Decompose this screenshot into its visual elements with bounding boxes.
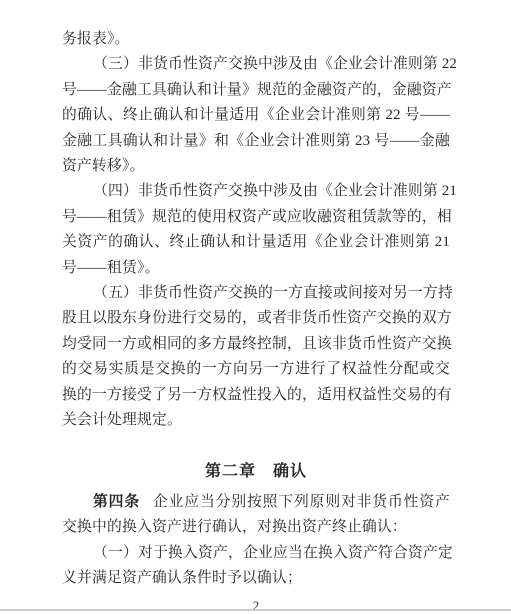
body-text-line: 关会计处理规定。 <box>62 408 450 433</box>
document-page: 务报表》。 （三）非货币性资产交换中涉及由《企业会计准则第 22 号——金融工具… <box>0 0 511 614</box>
article-opening-text: 企业应当分别按照下列原则对非货币性资产 <box>140 494 450 510</box>
body-text-line: 务报表》。 <box>62 27 450 52</box>
body-text-line: 号——租赁》规范的使用权资产或应收融资租赁款等的，相 <box>62 205 450 230</box>
body-text-line: 关资产的确认、终止确认和计量适用《企业会计准则第 21 <box>62 230 450 255</box>
body-text-line: 股且以股东身份进行交易的，或者非货币性资产交换的双方 <box>62 306 450 331</box>
body-text-line: 金融工具确认和计量》和《企业会计准则第 23 号——金融 <box>62 129 450 154</box>
body-text-line: 的确认、终止确认和计量适用《企业会计准则第 22 号—— <box>62 103 450 128</box>
body-text-line: 资产转移》。 <box>62 154 450 179</box>
body-text-line: （五）非货币性资产交换的一方直接或间接对另一方持 <box>62 281 450 306</box>
body-text-line: 换的一方接受了另一方权益性投入的，适用权益性交易的有 <box>62 383 450 408</box>
chapter-heading: 第二章 确认 <box>62 459 450 484</box>
body-text-line: 义并满足资产确认条件时予以确认； <box>62 566 450 591</box>
document-content: 务报表》。 （三）非货币性资产交换中涉及由《企业会计准则第 22 号——金融工具… <box>0 0 511 613</box>
article-number-label: 第四条 <box>93 494 140 510</box>
article-four: 第四条企业应当分别按照下列原则对非货币性资产 交换中的换入资产进行确认，对换出资… <box>62 490 450 592</box>
body-text-line: 交换中的换入资产进行确认，对换出资产终止确认： <box>62 515 450 540</box>
body-text-line: 号——金融工具确认和计量》规范的金融资产的，金融资产 <box>62 78 450 103</box>
body-text-line: （四）非货币性资产交换中涉及由《企业会计准则第 21 <box>62 179 450 204</box>
body-text-line: （一）对于换入资产，企业应当在换入资产符合资产定 <box>62 541 450 566</box>
page-bottom-divider <box>0 609 511 611</box>
body-text-line: 的交易实质是交换的一方向另一方进行了权益性分配或交 <box>62 357 450 382</box>
body-text-line: （三）非货币性资产交换中涉及由《企业会计准则第 22 <box>62 52 450 77</box>
body-text-line: 号——租赁》。 <box>62 256 450 281</box>
body-text-line: 均受同一方或相同的多方最终控制，且该非货币性资产交换 <box>62 332 450 357</box>
body-text-line: 第四条企业应当分别按照下列原则对非货币性资产 <box>62 490 450 515</box>
